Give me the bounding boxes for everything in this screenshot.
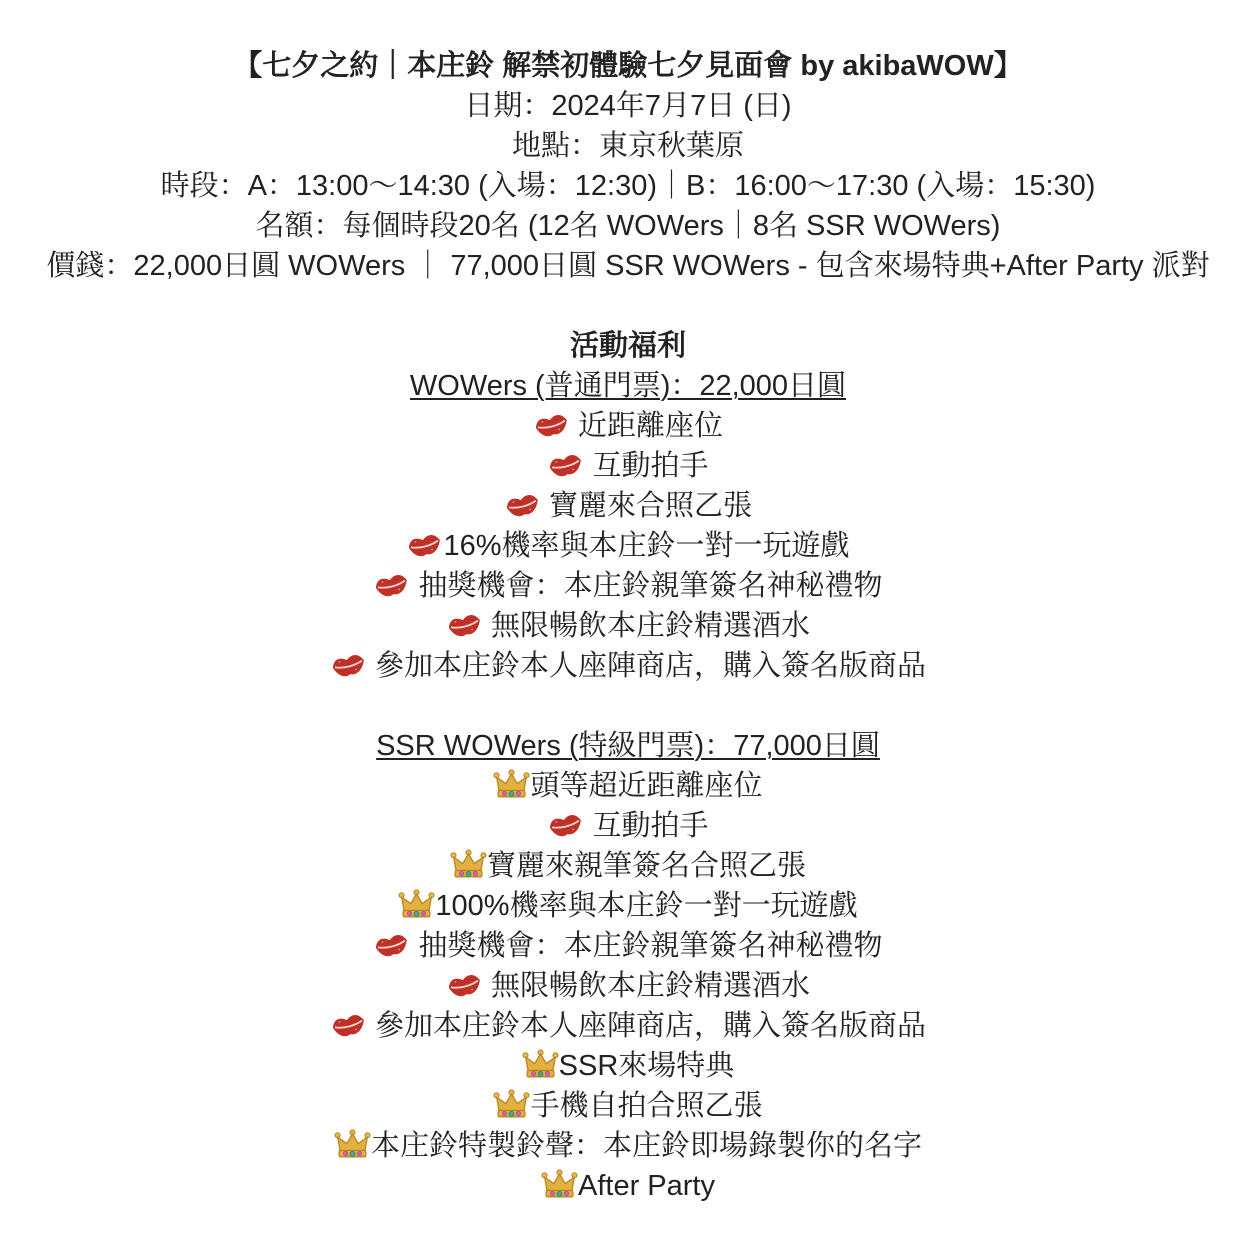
benefit-item: 手機自拍合照乙張 xyxy=(0,1086,1256,1126)
blank-line xyxy=(0,286,1256,326)
benefit-item: 寶麗來親筆簽名合照乙張 xyxy=(0,846,1256,886)
benefit-item-text: 近距離座位 xyxy=(570,410,723,442)
benefit-item-text: 16%機率與本庄鈴一對一玩遊戲 xyxy=(443,530,849,562)
kiss-mark-icon xyxy=(547,808,584,841)
kiss-mark-icon xyxy=(446,608,483,641)
kiss-mark-icon xyxy=(373,928,410,961)
benefit-item: 頭等超近距離座位 xyxy=(0,766,1256,806)
benefits-heading: 活動福利 xyxy=(0,326,1256,366)
benefit-item-text: 抽獎機會：本庄鈴親筆簽名神秘禮物 xyxy=(410,570,882,602)
kiss-mark-icon xyxy=(330,1008,367,1041)
tier-ssr-subheading-text: SSR WOWers (特級門票)：77,000日圓 xyxy=(376,730,880,762)
benefit-item-text: 無限暢飲本庄鈴精選酒水 xyxy=(483,970,810,1002)
kiss-mark-icon xyxy=(533,408,570,441)
kiss-mark-icon xyxy=(330,648,367,681)
event-place: 地點：東京秋葉原 xyxy=(0,126,1256,166)
benefit-item: 本庄鈴特製鈴聲：本庄鈴即場錄製你的名字 xyxy=(0,1126,1256,1166)
crown-icon xyxy=(398,888,435,921)
benefit-item-text: 無限暢飲本庄鈴精選酒水 xyxy=(483,610,810,642)
benefit-item-text: 抽獎機會：本庄鈴親筆簽名神秘禮物 xyxy=(410,930,882,962)
crown-icon xyxy=(493,768,530,801)
kiss-mark-icon xyxy=(406,528,443,561)
event-sessions: 時段：A：13:00〜14:30 (入場：12:30)｜B：16:00〜17:3… xyxy=(0,166,1256,206)
benefit-item-text: 寶麗來合照乙張 xyxy=(541,490,752,522)
benefit-item: 16%機率與本庄鈴一對一玩遊戲 xyxy=(0,526,1256,566)
tier-wowers-subheading: WOWers (普通門票)：22,000日圓 xyxy=(0,366,1256,406)
crown-icon xyxy=(334,1128,371,1161)
benefit-item-text: 頭等超近距離座位 xyxy=(530,770,762,802)
benefit-item: 互動拍手 xyxy=(0,446,1256,486)
kiss-mark-icon xyxy=(373,568,410,601)
benefit-item: 抽獎機會：本庄鈴親筆簽名神秘禮物 xyxy=(0,926,1256,966)
benefit-item: 參加本庄鈴本人座陣商店，購入簽名版商品 xyxy=(0,646,1256,686)
event-date: 日期：2024年7月7日 (日) xyxy=(0,86,1256,126)
benefit-item-text: SSR來場特典 xyxy=(559,1050,735,1082)
benefit-item: SSR來場特典 xyxy=(0,1046,1256,1086)
kiss-mark-icon xyxy=(446,968,483,1001)
benefit-item: After Party xyxy=(0,1166,1256,1206)
event-title: 【七夕之約｜本庄鈴 解禁初體驗七夕見面會 by akibaWOW】 xyxy=(0,46,1256,86)
crown-icon xyxy=(493,1088,530,1121)
benefit-item: 寶麗來合照乙張 xyxy=(0,486,1256,526)
crown-icon xyxy=(522,1048,559,1081)
benefit-item-text: 100%機率與本庄鈴一對一玩遊戲 xyxy=(435,890,857,922)
crown-icon xyxy=(541,1168,578,1201)
event-price: 價錢：22,000日圓 WOWers ｜ 77,000日圓 SSR WOWers… xyxy=(0,246,1256,286)
tier-wowers-subheading-text: WOWers (普通門票)：22,000日圓 xyxy=(410,370,846,402)
benefit-item: 無限暢飲本庄鈴精選酒水 xyxy=(0,606,1256,646)
benefit-item-text: 寶麗來親筆簽名合照乙張 xyxy=(487,850,806,882)
benefit-item-text: 參加本庄鈴本人座陣商店，購入簽名版商品 xyxy=(367,1010,926,1042)
event-description-document: 【七夕之約｜本庄鈴 解禁初體驗七夕見面會 by akibaWOW】 日期：202… xyxy=(0,0,1256,1240)
benefit-item-text: 互動拍手 xyxy=(584,810,708,842)
kiss-mark-icon xyxy=(504,488,541,521)
benefit-item-text: 手機自拍合照乙張 xyxy=(530,1090,762,1122)
blank-line xyxy=(0,686,1256,726)
benefit-item: 互動拍手 xyxy=(0,806,1256,846)
benefit-item: 參加本庄鈴本人座陣商店，購入簽名版商品 xyxy=(0,1006,1256,1046)
benefit-item: 無限暢飲本庄鈴精選酒水 xyxy=(0,966,1256,1006)
kiss-mark-icon xyxy=(547,448,584,481)
benefit-item: 100%機率與本庄鈴一對一玩遊戲 xyxy=(0,886,1256,926)
benefit-item: 近距離座位 xyxy=(0,406,1256,446)
event-capacity: 名額：每個時段20名 (12名 WOWers｜8名 SSR WOWers) xyxy=(0,206,1256,246)
benefit-item-text: 參加本庄鈴本人座陣商店，購入簽名版商品 xyxy=(367,650,926,682)
benefit-item-text: After Party xyxy=(578,1170,715,1202)
crown-icon xyxy=(450,848,487,881)
benefit-item: 抽獎機會：本庄鈴親筆簽名神秘禮物 xyxy=(0,566,1256,606)
benefit-item-text: 互動拍手 xyxy=(584,450,708,482)
tier-ssr-subheading: SSR WOWers (特級門票)：77,000日圓 xyxy=(0,726,1256,766)
benefit-item-text: 本庄鈴特製鈴聲：本庄鈴即場錄製你的名字 xyxy=(371,1130,922,1162)
